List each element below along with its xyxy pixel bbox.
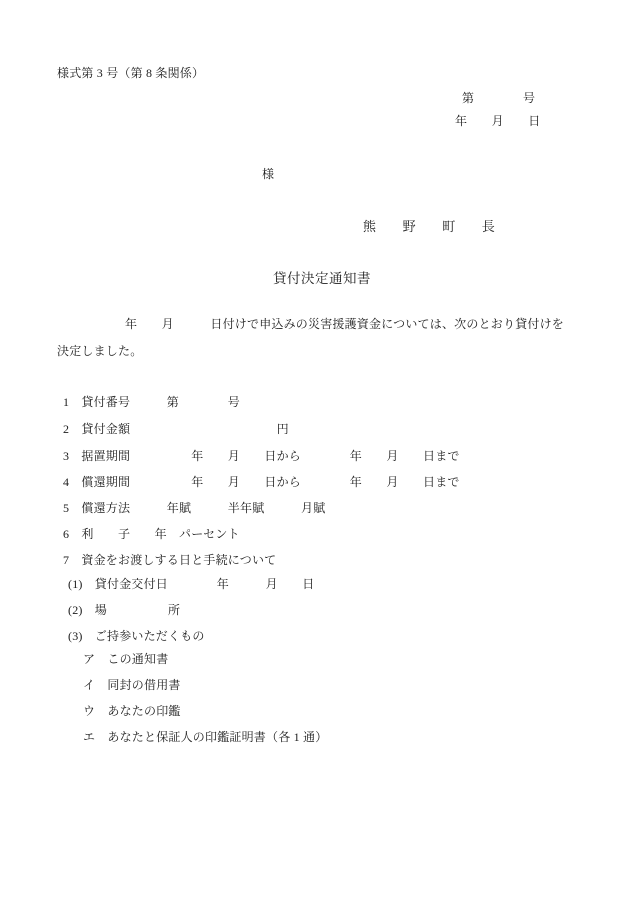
subitem-place: (2) 場 所 [68, 604, 180, 616]
item-procedure-heading: 7 資金をお渡しする日と手続について [63, 554, 276, 566]
form-number: 様式第 3 号（第 8 条関係） [57, 67, 204, 79]
loan-decision-notice-page: 様式第 3 号（第 8 条関係） 第 号 年 月 日 様 熊 野 町 長 貸付決… [0, 0, 630, 903]
bring-item-notice: ア この通知書 [83, 653, 168, 665]
item-deferment-period: 3 据置期間 年 月 日から 年 月 日まで [63, 450, 460, 462]
item-loan-amount: 2 貸付金額 円 [63, 423, 289, 435]
body-paragraph-line-2: 決定しました。 [57, 345, 142, 357]
item-loan-number: 1 貸付番号 第 号 [63, 396, 240, 408]
subitem-delivery-date: (1) 貸付金交付日 年 月 日 [68, 578, 314, 590]
doc-number-line: 第 号 [462, 92, 535, 104]
sender-mayor-line: 熊 野 町 長 [363, 220, 495, 233]
document-title: 貸付決定通知書 [273, 272, 371, 286]
bring-item-bond: イ 同封の借用書 [83, 679, 181, 691]
bring-item-seal: ウ あなたの印鑑 [83, 705, 181, 717]
addressee-honorific: 様 [262, 168, 274, 180]
item-repayment-method: 5 償還方法 年賦 半年賦 月賦 [63, 502, 325, 514]
subitem-items-to-bring: (3) ご持参いただくもの [68, 630, 205, 642]
item-repayment-period: 4 償還期間 年 月 日から 年 月 日まで [63, 476, 460, 488]
bring-item-seal-certificates: エ あなたと保証人の印鑑証明書（各 1 通） [83, 731, 327, 743]
body-paragraph-line-1: 年 月 日付けで申込みの災害援護資金については、次のとおり貸付けを [125, 318, 564, 330]
item-interest: 6 利 子 年 パーセント [63, 528, 240, 540]
date-line: 年 月 日 [455, 115, 540, 127]
